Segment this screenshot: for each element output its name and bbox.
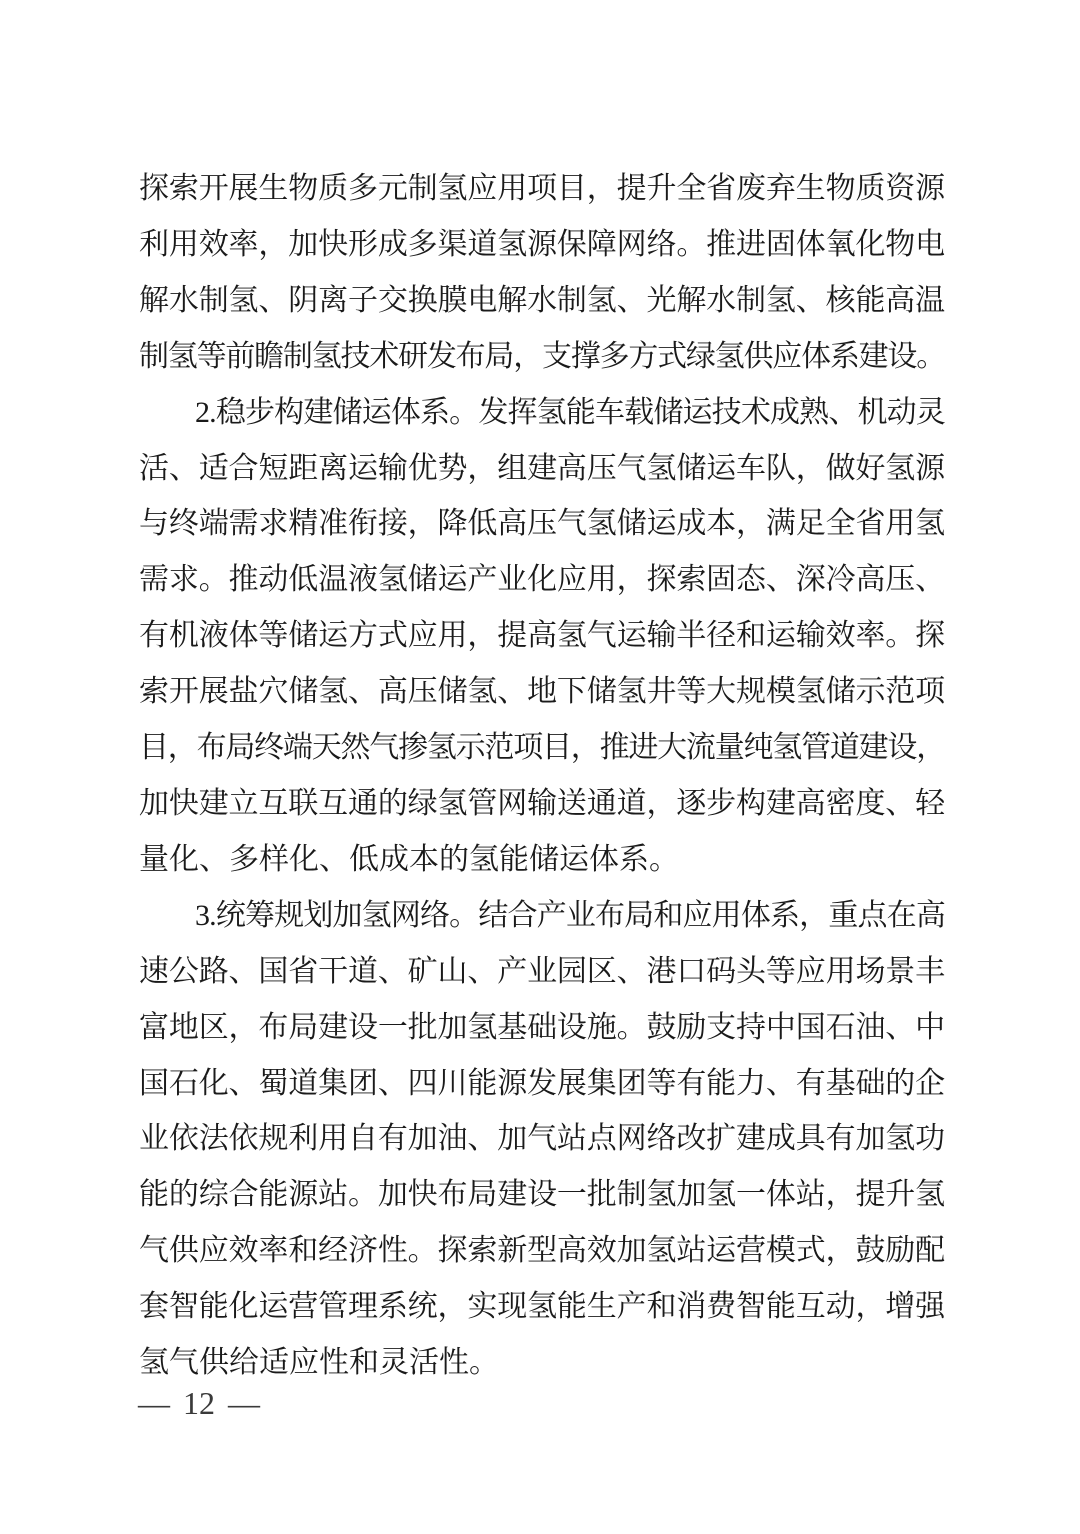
text-line: 有机液体等储运方式应用，提高氢气运输半径和运输效率。探: [139, 608, 945, 664]
text-line: 索开展盐穴储氢、高压储氢、地下储氢井等大规模氢储示范项: [139, 664, 945, 720]
text-line: 业依法依规利用自有加油、加气站点网络改扩建成具有加氢功: [139, 1111, 945, 1167]
text-line: 量化、多样化、低成本的氢能储运体系。: [139, 832, 945, 888]
footer-dash-left: —: [138, 1386, 170, 1421]
footer-dash-right: —: [228, 1386, 260, 1421]
text-line: 套智能化运营管理系统，实现氢能生产和消费智能互动，增强: [139, 1279, 945, 1335]
text-line: 能的综合能源站。加快布局建设一批制氢加氢一体站，提升氢: [139, 1167, 945, 1223]
document-page: 探索开展生物质多元制氢应用项目，提升全省废弃生物质资源利用效率，加快形成多渠道氢…: [0, 0, 1080, 1534]
text-line: 速公路、国省干道、矿山、产业园区、港口码头等应用场景丰: [139, 944, 945, 1000]
text-line: 解水制氢、阴离子交换膜电解水制氢、光解水制氢、核能高温: [139, 273, 945, 329]
text-line: 富地区，布局建设一批加氢基础设施。鼓励支持中国石油、中: [139, 1000, 945, 1056]
page-footer: — 12 —: [138, 1386, 260, 1421]
page-number: 12: [183, 1386, 215, 1421]
text-line: 气供应效率和经济性。探索新型高效加氢站运营模式，鼓励配: [139, 1223, 945, 1279]
text-line: 2.稳步构建储运体系。发挥氢能车载储运技术成熟、机动灵: [139, 385, 945, 441]
paragraph: 3.统筹规划加氢网络。结合产业布局和应用体系，重点在高速公路、国省干道、矿山、产…: [139, 888, 945, 1391]
text-line: 利用效率，加快形成多渠道氢源保障网络。推进固体氧化物电: [139, 217, 945, 273]
text-line: 活、适合短距离运输优势，组建高压气氢储运车队，做好氢源: [139, 441, 945, 497]
text-line: 制氢等前瞻制氢技术研发布局，支撑多方式绿氢供应体系建设。: [139, 329, 945, 385]
text-line: 目，布局终端天然气掺氢示范项目，推进大流量纯氢管道建设，: [139, 720, 945, 776]
text-line: 氢气供给适应性和灵活性。: [139, 1335, 945, 1391]
text-line: 加快建立互联互通的绿氢管网输送通道，逐步构建高密度、轻: [139, 776, 945, 832]
document-body: 探索开展生物质多元制氢应用项目，提升全省废弃生物质资源利用效率，加快形成多渠道氢…: [139, 161, 945, 1391]
text-line: 国石化、蜀道集团、四川能源发展集团等有能力、有基础的企: [139, 1056, 945, 1112]
paragraph: 探索开展生物质多元制氢应用项目，提升全省废弃生物质资源利用效率，加快形成多渠道氢…: [139, 161, 945, 385]
text-line: 探索开展生物质多元制氢应用项目，提升全省废弃生物质资源: [139, 161, 945, 217]
text-line: 需求。推动低温液氢储运产业化应用，探索固态、深冷高压、: [139, 552, 945, 608]
text-line: 与终端需求精准衔接，降低高压气氢储运成本，满足全省用氢: [139, 496, 945, 552]
text-line: 3.统筹规划加氢网络。结合产业布局和应用体系，重点在高: [139, 888, 945, 944]
paragraph: 2.稳步构建储运体系。发挥氢能车载储运技术成熟、机动灵活、适合短距离运输优势，组…: [139, 385, 945, 888]
